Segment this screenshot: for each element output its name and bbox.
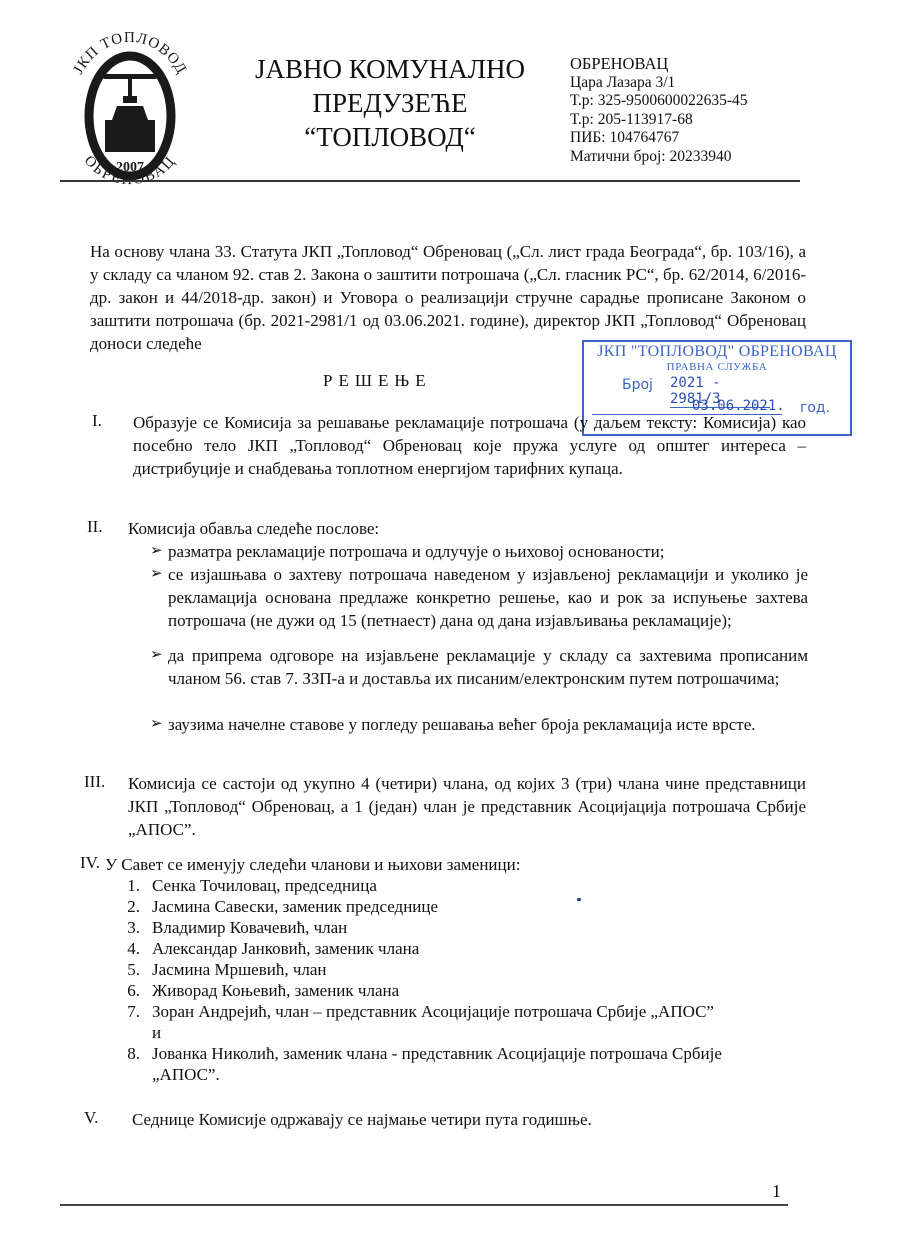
- bank-account-2: Т.р: 205-113917-68: [570, 111, 748, 130]
- section-text: Седнице Комисије одржавају се најмање че…: [132, 1108, 592, 1131]
- header-divider: [60, 180, 800, 182]
- section-text: Образује се Комисија за решавање реклама…: [133, 411, 806, 480]
- company-city: ОБРЕНОВАЦ: [570, 55, 748, 74]
- stamp-org: ЈКП "ТОПЛОВОД" ОБРЕНОВАЦ: [588, 343, 846, 361]
- registration-number: Матични број: 20233940: [570, 148, 748, 167]
- page-number: 1: [772, 1181, 781, 1202]
- footer-divider: [60, 1204, 788, 1206]
- company-name-line: ПРЕДУЗЕЋЕ: [225, 86, 555, 120]
- section-text: Комисија се састоји од укупно 4 (четири)…: [128, 772, 806, 841]
- section-text: У Савет се именују следећи чланови и њих…: [105, 853, 520, 876]
- section-number: III.: [84, 772, 105, 792]
- arrow-bullet-icon: ➢: [150, 563, 163, 586]
- stamp-number-label: Број: [622, 377, 653, 393]
- bank-account-1: Т.р: 325-9500600022635-45: [570, 92, 748, 111]
- svg-text:2007: 2007: [116, 160, 144, 175]
- arrow-bullet-icon: ➢: [150, 644, 163, 667]
- section-number: I.: [92, 411, 102, 431]
- arrow-bullet-icon: ➢: [150, 713, 163, 736]
- company-name-line: ЈАВНО КОМУНАЛНО: [225, 52, 555, 86]
- company-info: ОБРЕНОВАЦ Цара Лазара 3/1 Т.р: 325-95006…: [570, 55, 748, 167]
- company-logo: ЈКП ТОПЛОВОД ОБРЕНОВАЦ 2007: [55, 28, 205, 188]
- section-text: Комисија обавља следеће послове:: [128, 517, 379, 540]
- company-name-line: “ТОПЛОВОД“: [225, 120, 555, 154]
- intro-paragraph: На основу члана 33. Статута ЈКП „Топлово…: [90, 240, 806, 355]
- section-number: IV.: [80, 853, 100, 873]
- section-number: V.: [84, 1108, 98, 1128]
- valve-icon: ЈКП ТОПЛОВОД ОБРЕНОВАЦ 2007: [55, 28, 205, 188]
- document-heading: РЕШЕЊЕ: [323, 371, 432, 391]
- ink-mark: [577, 898, 581, 901]
- company-address: Цара Лазара 3/1: [570, 74, 748, 93]
- company-name: ЈАВНО КОМУНАЛНО ПРЕДУЗЕЋЕ “ТОПЛОВОД“: [225, 52, 555, 154]
- arrow-bullet-icon: ➢: [150, 540, 163, 563]
- section-number: II.: [87, 517, 103, 537]
- stamp-department: ПРАВНА СЛУЖБА: [584, 361, 850, 373]
- tax-id: ПИБ: 104764767: [570, 129, 748, 148]
